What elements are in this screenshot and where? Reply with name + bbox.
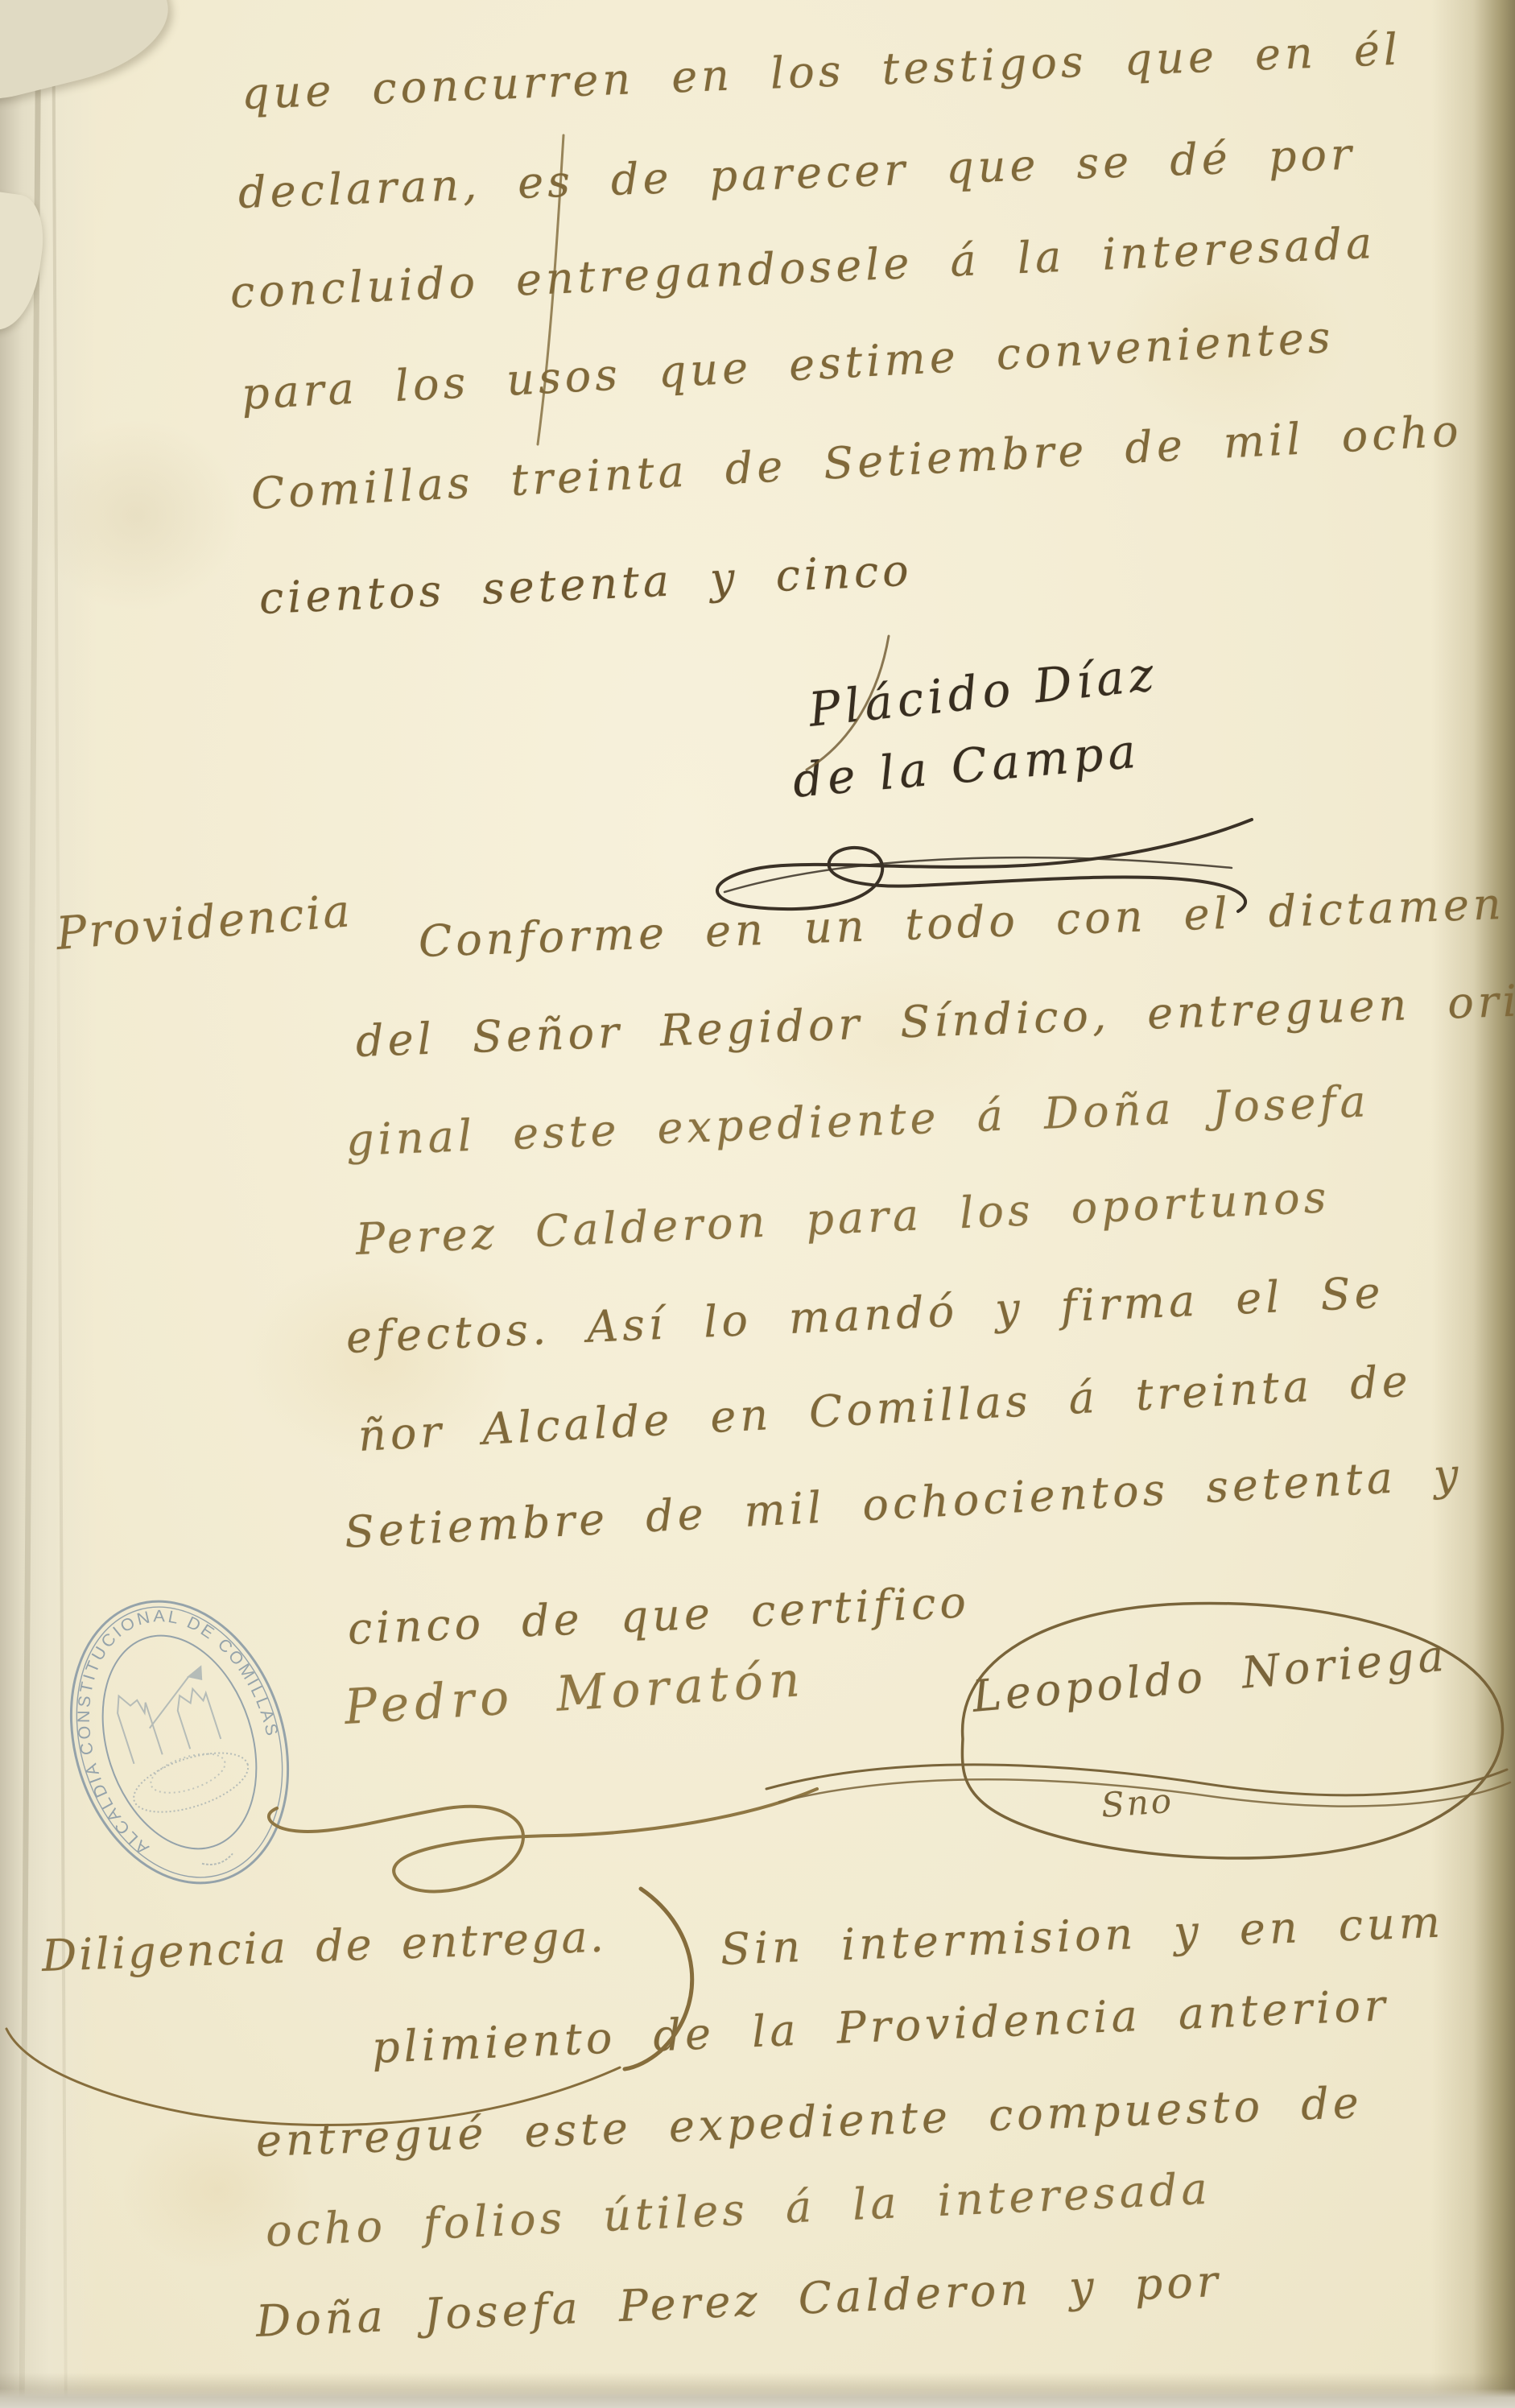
opinion-line: que concurren en los testigos que en él (241, 24, 1402, 119)
signature-pedro-moraton: Pedro Moratón (343, 1651, 807, 1736)
diligencia-line: entregué este expediente compuesto de (255, 2077, 1364, 2166)
providencia-line: Setiembre de mil ochocientos setenta y (343, 1448, 1463, 1558)
opinion-line: concluido entregandosele á la interesada (229, 217, 1377, 318)
signature-noriega-abbreviation: Sno (1100, 1781, 1174, 1825)
moraton-rubric-flourish (269, 1789, 817, 1891)
signature-placido-diaz-line2: de la Campa (791, 723, 1142, 807)
providencia-line: efectos. Así lo mandó y firma el Se (345, 1267, 1385, 1363)
stamp-inner-ring (76, 1616, 282, 1869)
providencia-line: Conforme en un todo con el dictamen (418, 878, 1506, 967)
providencia-line: ginal este expediente á Doña Josefa (345, 1076, 1371, 1166)
campa-rubric-crossline (724, 857, 1232, 892)
opinion-line: Comillas treinta de Setiembre de mil och… (250, 405, 1463, 519)
diligencia-line: Sin intermision y en cum (720, 1896, 1445, 1974)
opinion-line: para los usos que estime convenientes (240, 312, 1335, 419)
providencia-line: del Señor Regidor Síndico, entreguen ori (355, 975, 1515, 1066)
providencia-line: cinco de que certifico (347, 1576, 971, 1654)
opinion-line: cientos setenta y cinco (258, 545, 914, 624)
diligencia-line: Doña Josefa Perez Calderon y por (255, 2256, 1223, 2347)
signature-leopoldo-noriega: Leopoldo Noriega (970, 1629, 1450, 1721)
opinion-line: declaran, es de parecer que se dé por (237, 129, 1356, 218)
signature-placido-diaz-line1: Plácido Díaz (806, 646, 1161, 737)
manuscript-page: que concurren en los testigos que en él … (0, 0, 1515, 2408)
bottom-scan-edge (0, 2373, 1515, 2408)
providencia-margin-label: Providencia (54, 885, 353, 960)
diligencia-margin-label: Diligencia de entrega. (41, 1911, 607, 1981)
left-binding-edge (0, 0, 97, 2408)
providencia-line: Perez Calderon para los oportunos (355, 1171, 1331, 1265)
providencia-line: ñor Alcalde en Comillas á treinta de (357, 1355, 1413, 1460)
diligencia-line: ocho folios útiles á la interesada (265, 2163, 1212, 2257)
stamp-castle-emblem (101, 1662, 275, 1882)
page-curl-shadow (1431, 0, 1515, 2408)
diligencia-line: plimiento de la Providencia anterior (371, 1980, 1390, 2073)
